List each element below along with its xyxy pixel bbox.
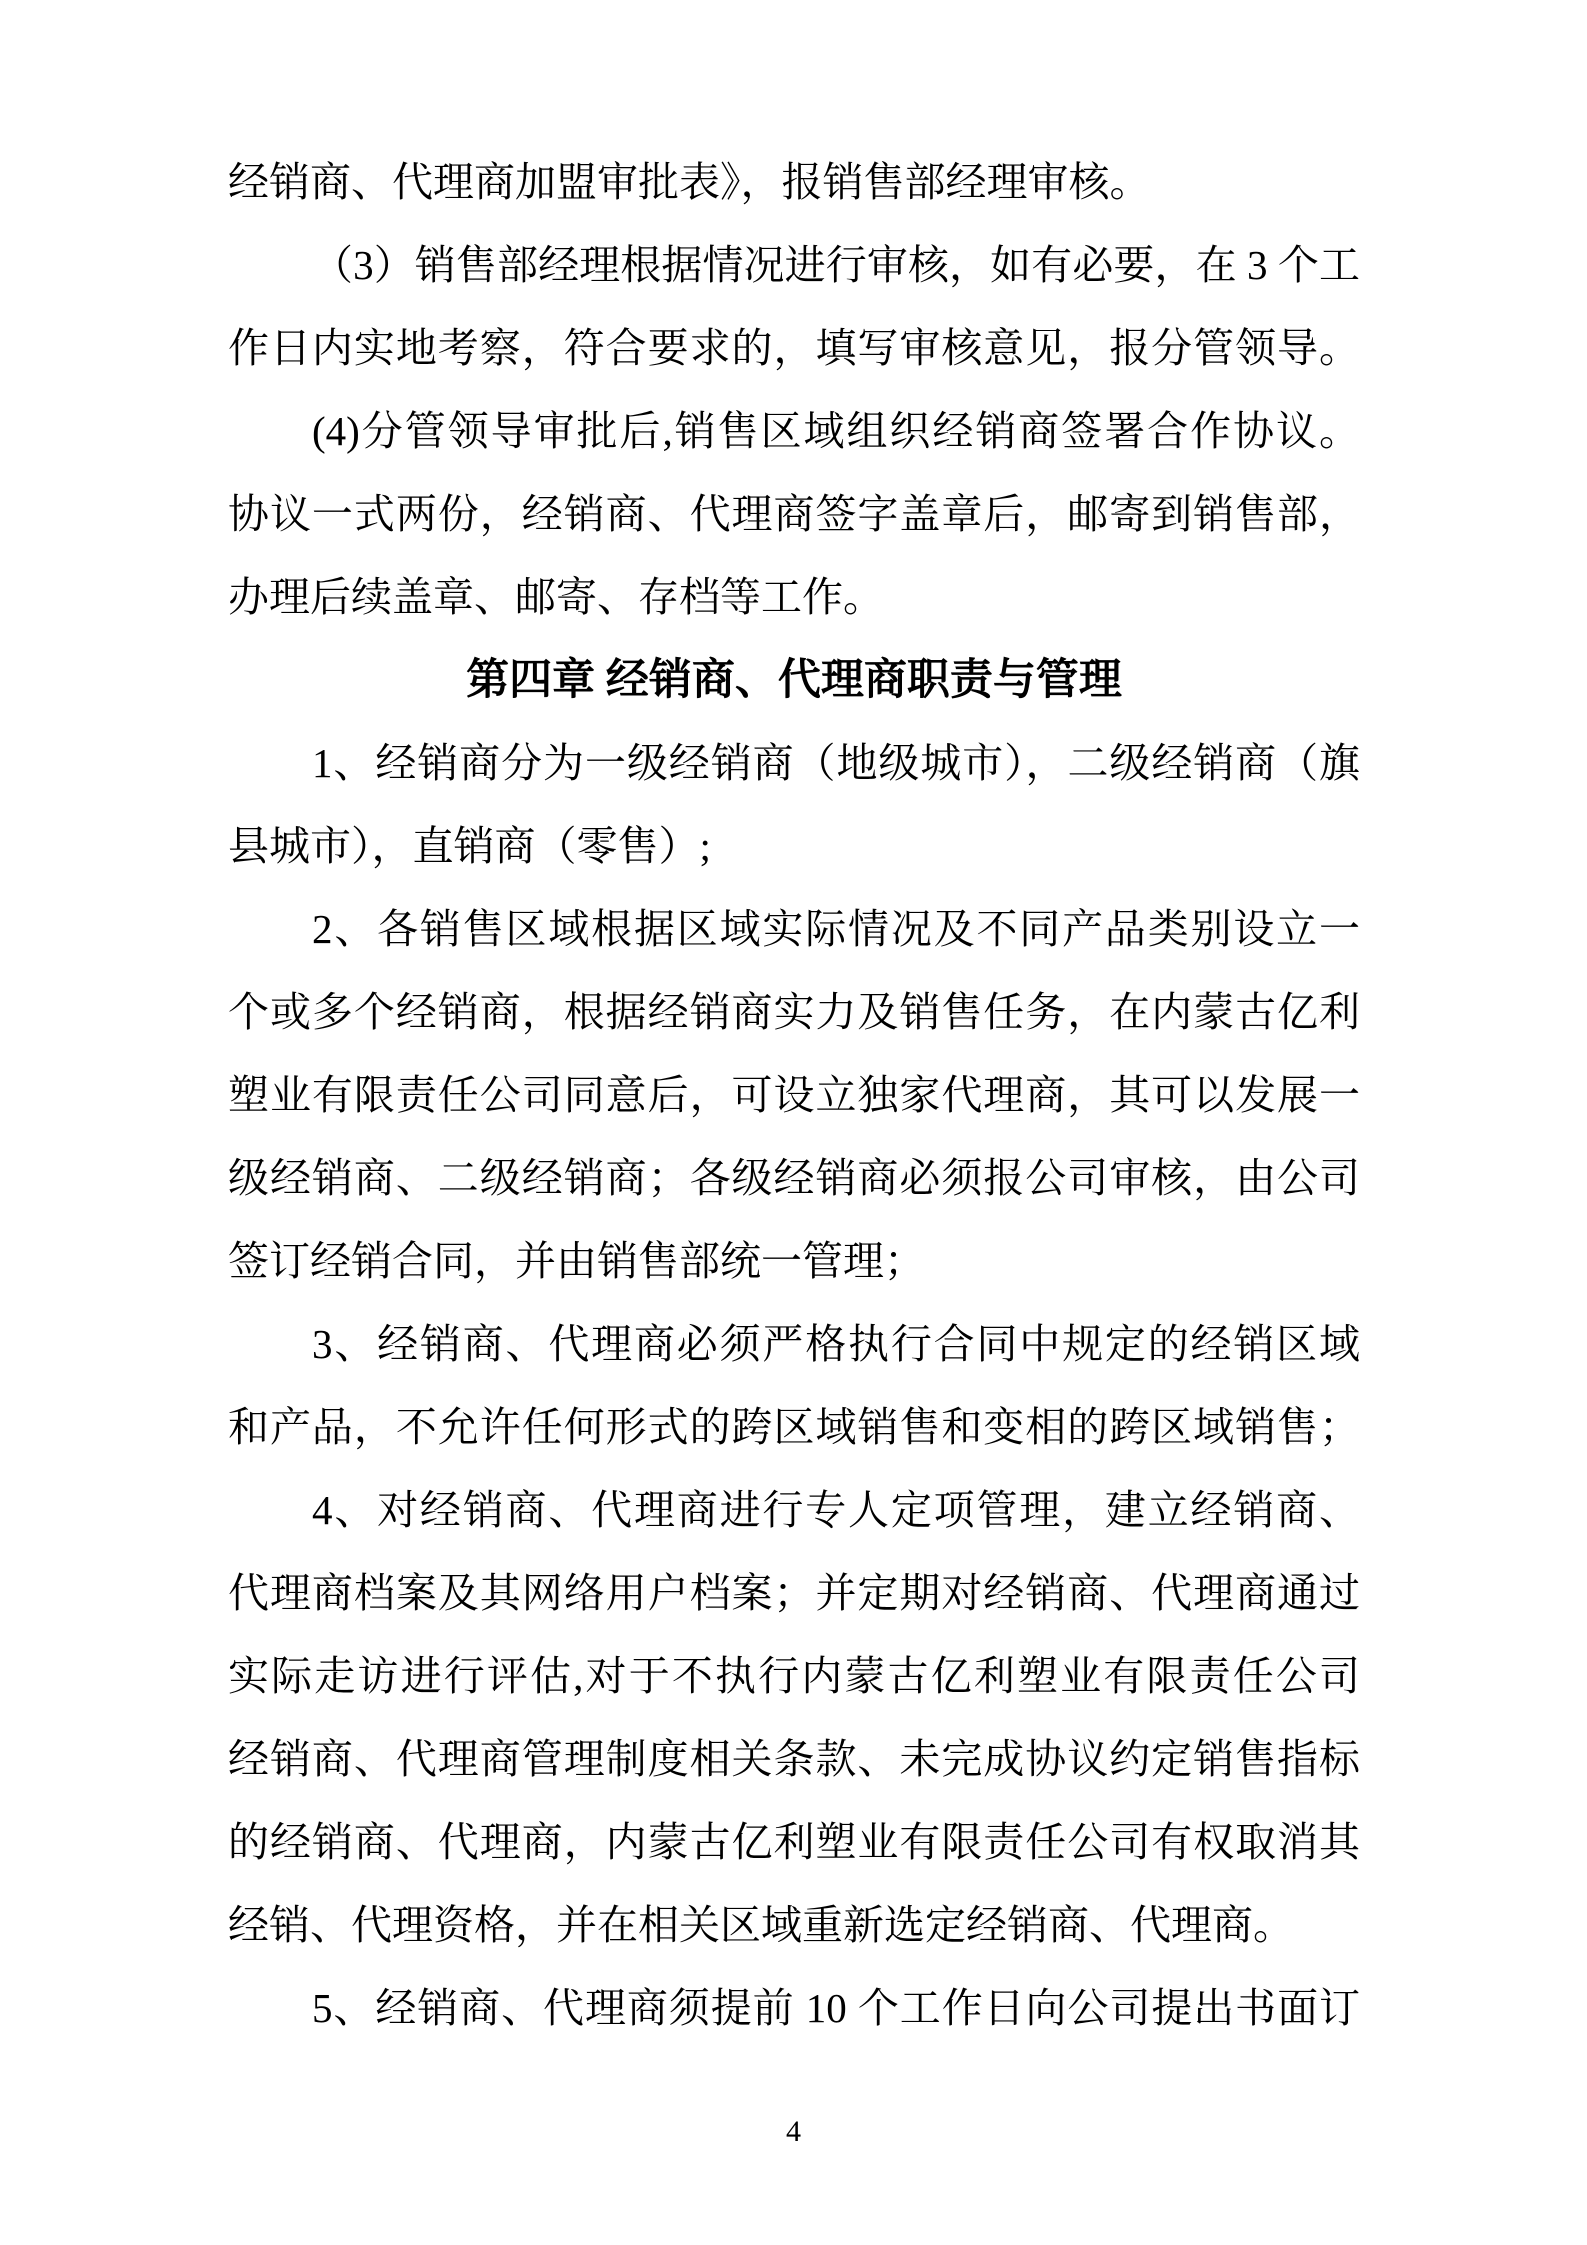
text-line-13: 级经销商、二级经销商；各级经销商必须报公司审核，由公司 [228,1137,1360,1220]
text-line-22: 经销、代理资格，并在相关区域重新选定经销商、代理商。 [228,1884,1360,1967]
document-body: 经销商、代理商加盟审批表》，报销售部经理审核。 （3）销售部经理根据情况进行审核… [228,141,1360,2050]
document-page: 经销商、代理商加盟审批表》，报销售部经理审核。 （3）销售部经理根据情况进行审核… [0,0,1587,2245]
text-line-17: 4、对经销商、代理商进行专人定项管理，建立经销商、 [228,1469,1360,1552]
text-line-15: 3、经销商、代理商必须严格执行合同中规定的经销区域 [228,1303,1360,1386]
text-line-01: 经销商、代理商加盟审批表》，报销售部经理审核。 [228,141,1360,224]
text-line-21: 的经销商、代理商，内蒙古亿利塑业有限责任公司有权取消其 [228,1801,1360,1884]
text-line-19: 实际走访进行评估,对于不执行内蒙古亿利塑业有限责任公司 [228,1635,1360,1718]
chapter-heading: 第四章 经销商、代理商职责与管理 [228,639,1360,722]
text-line-08: 1、经销商分为一级经销商（地级城市），二级经销商（旗 [228,722,1360,805]
text-line-04: (4)分管领导审批后,销售区域组织经销商签署合作协议。 [228,390,1360,473]
text-line-11: 个或多个经销商，根据经销商实力及销售任务，在内蒙古亿利 [228,971,1360,1054]
text-line-02: （3）销售部经理根据情况进行审核，如有必要，在 3 个工 [228,224,1360,307]
text-line-12: 塑业有限责任公司同意后，可设立独家代理商，其可以发展一 [228,1054,1360,1137]
text-line-16: 和产品，不允许任何形式的跨区域销售和变相的跨区域销售； [228,1386,1360,1469]
text-line-05: 协议一式两份，经销商、代理商签字盖章后，邮寄到销售部， [228,473,1360,556]
text-line-23: 5、经销商、代理商须提前 10 个工作日向公司提出书面订 [228,1967,1360,2050]
text-line-03: 作日内实地考察，符合要求的，填写审核意见，报分管领导。 [228,307,1360,390]
text-line-06: 办理后续盖章、邮寄、存档等工作。 [228,556,1360,639]
page-number: 4 [0,2112,1587,2152]
text-line-09: 县城市），直销商（零售）; [228,805,1360,888]
text-line-10: 2、各销售区域根据区域实际情况及不同产品类别设立一 [228,888,1360,971]
text-line-20: 经销商、代理商管理制度相关条款、未完成协议约定销售指标 [228,1718,1360,1801]
text-line-14: 签订经销合同，并由销售部统一管理； [228,1220,1360,1303]
text-line-18: 代理商档案及其网络用户档案；并定期对经销商、代理商通过 [228,1552,1360,1635]
